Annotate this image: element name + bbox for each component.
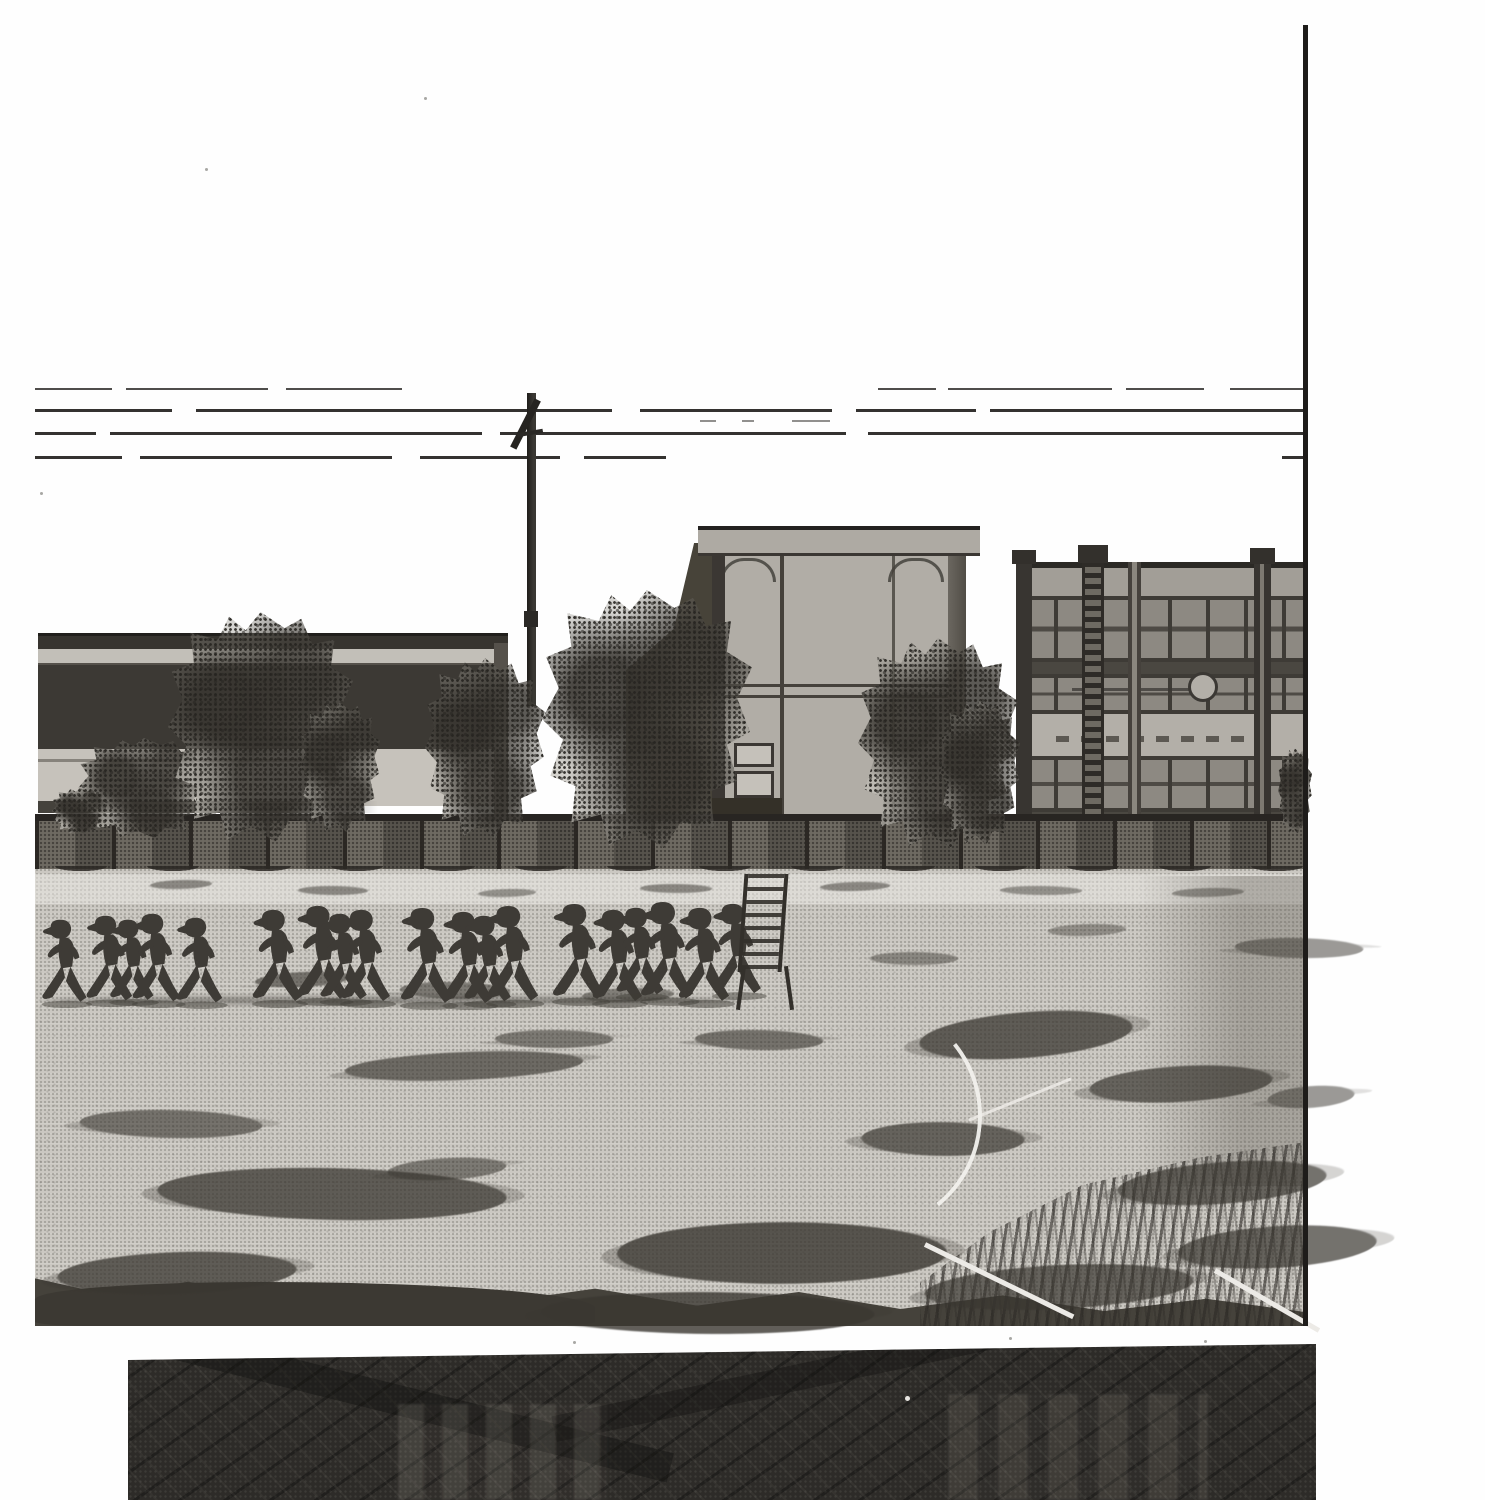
puddle-layer [0,0,1485,1500]
left-building-wall-line [38,759,348,762]
ground-streak [913,1260,1205,1314]
left-building-wall [38,749,508,806]
children-ground-shadow [42,996,742,1005]
child-silhouette [674,906,739,1008]
paper-speck [1204,1340,1207,1343]
ground-streak [1107,1156,1337,1210]
tower-arch-right [888,558,944,582]
left-building-windows [38,665,508,749]
power-line [126,388,268,390]
dark-beam-2 [551,1300,1104,1442]
right-building-cap-2 [1078,545,1108,563]
ground-streak [908,1006,1144,1064]
tower-doorway [712,798,782,872]
ground-light-strip [35,874,1308,904]
right-building-roofline [1016,562,1308,568]
ground-streak [337,1048,590,1085]
white-scratch [968,1078,1071,1122]
power-line [35,388,112,390]
equipment-layer [0,0,1485,1500]
ground-streak [490,1029,619,1049]
child-silhouette [612,906,673,1001]
power-line [640,409,832,412]
child-silhouette [588,908,652,1008]
ground-streak [817,881,892,891]
child-silhouette [248,908,312,1008]
ground-streak [852,1120,1035,1159]
ground-streak [382,1156,512,1183]
right-building-pillar-1 [1016,562,1032,842]
ground-streak [1045,923,1130,936]
ground-streak [1229,936,1369,960]
power-line [990,409,1303,412]
dark-interior-panel [128,1344,1316,1500]
dark-panel-white-speck [905,1396,910,1401]
right-building-spandrel [1016,662,1308,674]
tree-foliage [542,590,752,848]
child-silhouette [292,904,357,1006]
white-effects-layer [0,0,1485,1500]
ground-streak [251,970,354,989]
sky-layer [0,0,1485,1500]
child-silhouette [482,904,549,1008]
shadowed-annex-roof [626,540,718,836]
tower-horizontal-line-1 [725,684,948,687]
child-silhouette [708,902,771,1000]
tower-window-upper [734,743,774,767]
paper-speck [573,1341,576,1344]
power-line [878,388,936,390]
child-silhouette [82,914,142,1007]
tree-foliage [425,658,545,838]
dark-panel-light-columns-1 [398,1404,608,1500]
tree-foliage [940,700,1020,845]
power-lines-layer [0,0,1485,1500]
power-line [110,432,482,435]
ground-bottom-dark-band [35,1258,1308,1326]
tower-window-lower [734,771,774,798]
pole-crossarm [510,398,541,449]
power-line [35,409,172,412]
right-building-pillar-2 [1128,562,1141,842]
child-silhouette [396,906,463,1010]
power-line [1282,456,1303,459]
children-layer [0,0,1485,1500]
left-school-building [38,633,508,822]
child-silhouette [548,902,615,1006]
clock-emblem [1188,672,1218,702]
ground-streak [530,1289,887,1336]
ground-streak [637,883,714,893]
child-silhouette [438,910,502,1010]
ground-streak [147,879,214,889]
buildings-layer [0,0,1485,1500]
child-silhouette [128,912,189,1008]
white-arc-scratch [739,989,994,1244]
ground-bottom-dark-blob [35,1282,595,1326]
ladder [735,870,797,1012]
right-building-facade [1016,562,1308,842]
tower-roof-slab [698,526,980,556]
ground-streak [46,1250,307,1297]
child-silhouette [316,912,376,1006]
ladder-frame [738,874,789,972]
power-line [742,420,754,422]
tree-foliage [300,702,380,832]
utility-pole [527,393,536,706]
ground-streak [295,885,370,895]
power-line [35,432,96,435]
right-building-sill-dashes [1056,736,1268,742]
dark-beam-1 [162,1328,674,1483]
tree-foliage [52,788,108,834]
paper-speck [424,97,427,100]
ground-streak [1262,1084,1360,1109]
child-silhouette [336,908,400,1008]
specks-layer [0,0,1485,1500]
pole-bracket [517,429,543,437]
ladder-leg-right [784,966,794,1010]
tree-foliage [1278,748,1312,834]
ground-streak [1080,1062,1281,1105]
tower-right-edge [948,556,966,872]
trees-layer [0,0,1485,1500]
power-line [35,456,122,459]
tree-foliage [858,638,1018,848]
left-building-corner-post [494,643,508,822]
tower-vertical-line-1 [780,556,784,872]
ground-layer [0,0,1485,1500]
ground-streak [476,888,538,897]
tree-foliage [78,738,210,838]
clock-sill-line [1072,688,1192,691]
child-silhouette [636,900,704,1006]
ground-streak [866,951,962,965]
court-line-2 [1214,1268,1320,1332]
wall-top-rail [35,814,1308,821]
paper-speck [40,492,43,495]
ground-streak [600,1219,965,1286]
power-line [948,388,1112,390]
tower-horizontal-line-2 [725,695,948,698]
bottom-panel-layer [0,0,1485,1500]
dark-panel-light-columns-2 [948,1394,1208,1500]
tower-facade [712,556,966,872]
right-building-base [1016,812,1308,842]
wall-layer [0,0,1485,1500]
ground-streak [1167,1222,1388,1272]
left-building-sill-band [38,801,378,813]
power-line [868,432,1303,435]
child-silhouette [106,918,162,1006]
wall-panels [35,821,1308,869]
right-building-window-row-2 [1016,674,1308,714]
paper-speck [1009,1337,1012,1340]
pole-joint [524,611,538,627]
right-building-window-row-3 [1016,756,1308,812]
power-line [584,456,666,459]
ground-streak [997,885,1084,895]
tower-left-edge [712,556,725,872]
ladder-leg-left [736,966,746,1010]
border-layer [0,0,1485,1500]
schoolyard-ground [35,868,1308,1326]
power-line [140,456,392,459]
power-line [1126,388,1204,390]
manga-page: Black-and-white manga page scan: a schoo… [0,0,1485,1500]
ground-streak [689,1028,829,1052]
ground-right-shade [1140,876,1308,1186]
power-line [792,420,830,422]
ground-streak [395,980,515,1000]
paper-speck [205,168,208,171]
tower-vertical-line-2 [892,556,895,872]
ground-streak [578,987,678,1003]
power-line [196,409,612,412]
ground-diagonal-hatch [920,1130,1308,1326]
right-building-cap-3 [1250,548,1275,564]
tree-foliage [168,612,353,842]
court-line-1 [924,1242,1074,1319]
boundary-wall [35,814,1308,876]
right-building-window-row-1 [1016,596,1308,662]
power-line [700,420,716,422]
right-building-pillar-3 [1254,562,1271,842]
child-silhouette [38,918,96,1008]
ground-streak [71,1107,270,1141]
ground-streak [1169,887,1246,897]
right-school-building [1016,562,1308,842]
power-line [500,432,846,435]
right-building-drainpipe [1082,562,1104,842]
power-line [286,388,402,390]
panel-border-right [1303,25,1308,1326]
wall-base-scallops [35,866,1308,880]
left-building-parapet [38,649,508,665]
power-line [856,409,976,412]
power-line [1230,388,1303,390]
stair-tower [698,526,980,872]
tower-arch-left [720,558,776,582]
child-silhouette [172,916,232,1009]
child-silhouette [460,914,520,1008]
right-building-sill-band [1016,714,1308,756]
left-building-roof [38,633,508,649]
right-building-cap-1 [1012,550,1036,564]
ground-streak [142,1162,522,1225]
power-line [420,456,560,459]
